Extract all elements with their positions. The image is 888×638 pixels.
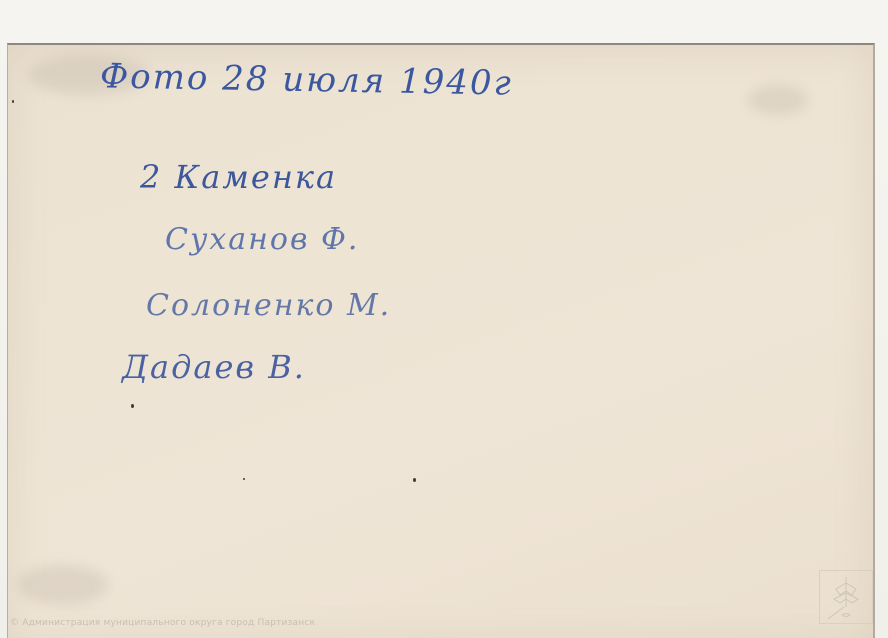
inscription-name-1: Суханов Ф. (165, 222, 359, 257)
coat-of-arms-icon (819, 570, 873, 624)
paper-stain (18, 565, 108, 605)
inscription-name-2: Солоненко М. (146, 288, 391, 323)
copyright-watermark: © Администрация муниципального округа го… (10, 618, 315, 628)
inscription-date: Фото 28 июля 1940г (100, 56, 513, 103)
ink-speck (12, 100, 14, 103)
ink-speck (413, 478, 416, 482)
ink-speck (131, 404, 134, 408)
inscription-location: 2 Каменка (140, 158, 337, 196)
photo-card-back (7, 43, 875, 638)
ink-speck (243, 478, 245, 480)
inscription-name-3: Дадаев В. (122, 348, 306, 386)
paper-stain (748, 85, 808, 115)
